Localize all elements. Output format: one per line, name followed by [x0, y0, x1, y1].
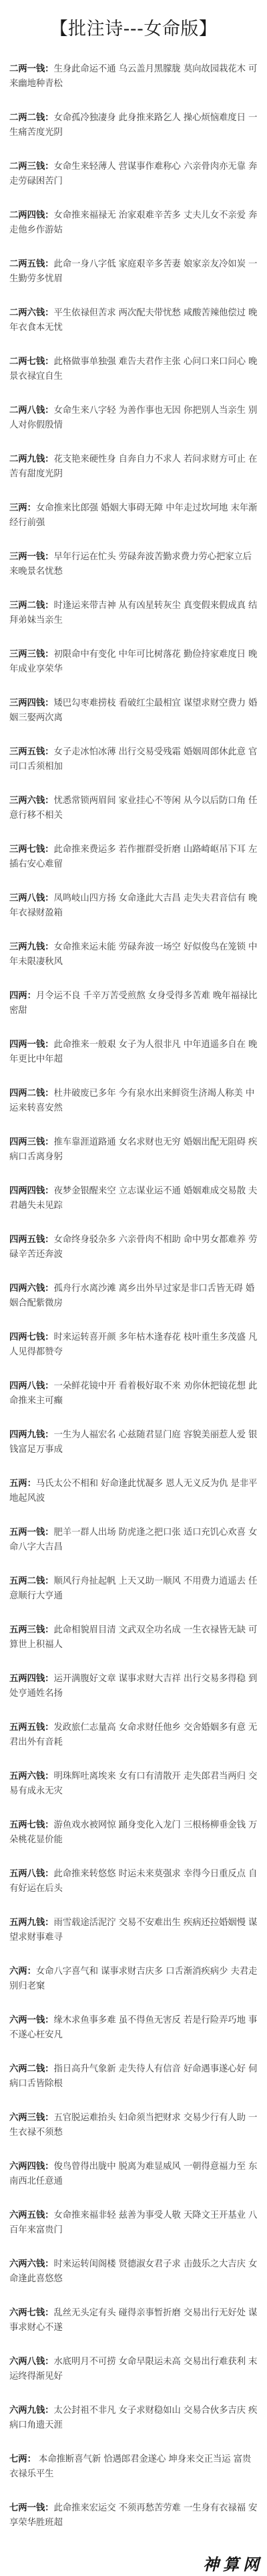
entry-weight-label: 六两：: [9, 1967, 36, 1977]
poem-entry: 三两九钱：女命推来运未能 劳碌奔波一场空 好似俊鸟在笼锁 中年未限凄秋风: [9, 940, 258, 989]
entry-weight-label: 三两一钱：: [9, 552, 53, 562]
poem-entry: 四两：月令运不良 千辛万苦受煎熬 女身受得多苦难 晚年福禄比密甜: [9, 989, 258, 1038]
entry-weight-label: 四两七钱：: [9, 1332, 53, 1342]
entry-weight-label: 三两三钱：: [9, 650, 53, 660]
poem-entry: 六两九钱：太公封祖不非凡 女子求财稳如山 交易合伙多吉庆 疾病口角遗天涯: [9, 2404, 258, 2452]
poem-entry: 五两二钱：顺风行舟扯起帆 上天又助一顺风 不用费力逍遥去 任意顺行大亨通: [9, 1574, 258, 1623]
poem-entry: 二两一钱：生身此命运不通 乌云盖月黑朦胧 莫向故园栽花木 可来幽地种青松: [9, 62, 258, 111]
entry-weight-label: 四两三钱：: [9, 1137, 53, 1147]
entry-weight-label: 五两：: [9, 1479, 36, 1489]
poem-entry: 五两九钱：雨雪载途活泥泞 交易不安难出生 疾病还拉婚姻慢 谋望求财事难寻: [9, 1916, 258, 1965]
entry-weight-label: 五两五钱：: [9, 1723, 53, 1733]
entry-weight-label: 二两一钱：: [9, 64, 53, 74]
entry-poem-text: 本命推断喜气新 恰遇郎君金遂心 坤身来交正当运 富贵衣禄乐平生: [9, 2454, 251, 2479]
entry-list: 二两一钱：生身此命运不通 乌云盖月黑朦胧 莫向故园栽花木 可来幽地种青松二两二钱…: [9, 62, 258, 2550]
poem-entry: 六两五钱：女命推来福非轻 兹善为事受人敬 天降文王开基业 八百年来富贵门: [9, 2208, 258, 2257]
entry-weight-label: 二两九钱：: [9, 454, 53, 464]
entry-poem-text: 女命推来比郎强 婚姻大事碍无障 中年走过坎坷地 末年渐经行前强: [9, 503, 257, 528]
poem-entry: 五两七钱：游鱼戏水被网惊 踊身变化入龙门 三根杨柳垂金钱 万朵桃花显价能: [9, 1818, 258, 1867]
entry-poem-text: 马氏太公不相和 好命逢此忧凝多 恩人无义反为仇 是非平地起风波: [9, 1479, 257, 1504]
entry-weight-label: 六两九钱：: [9, 2406, 53, 2416]
poem-entry: 五两一钱：肥羊一群人出场 防虎逢之把口张 适口充饥心欢喜 女命八字大吉昌: [9, 1526, 258, 1574]
entry-weight-label: 二两三钱：: [9, 162, 53, 172]
poem-entry: 六两二钱：指日高升气象新 走失待人有信音 好命遇事遂心好 伺病口舌皆除根: [9, 2062, 258, 2111]
entry-weight-label: 六两五钱：: [9, 2210, 53, 2221]
poem-entry: 六两六钱：时来运转闺阁楼 贤德淑女君子求 击鼓乐之大吉庆 女命逢此喜悠悠: [9, 2257, 258, 2306]
poem-entry: 二两二钱：女命孤冷独凄身 此身推来路乞人 操心烦恼难度日 一生痛苦度光阴: [9, 111, 258, 160]
entry-weight-label: 五两七钱：: [9, 1820, 53, 1830]
entry-weight-label: 五两八钱：: [9, 1869, 53, 1879]
poem-entry: 三两五钱：女子走冰怕冰薄 出行交易受残霜 婚姻周郎休此意 官司口舌须相加: [9, 745, 258, 794]
poem-entry: 六两：女命八字喜气和 谋事求财吉庆多 口舌渐消疾病少 夫君走别归老窠: [9, 1965, 258, 2013]
entry-weight-label: 四两一钱：: [9, 1040, 53, 1050]
entry-weight-label: 四两二钱：: [9, 1089, 53, 1099]
entry-weight-label: 三两五钱：: [9, 747, 53, 757]
poem-entry: 四两五钱：女命终身驳杂多 六亲骨肉不相助 命中男女都难养 劳碌辛苦还奔波: [9, 1233, 258, 1282]
poem-entry: 六两四钱：俊鸟曾得出胧中 脱离为难显威风 一朝得意福力至 东南西北任意通: [9, 2160, 258, 2208]
entry-weight-label: 四两四钱：: [9, 1186, 53, 1196]
entry-weight-label: 四两：: [9, 991, 36, 1001]
poem-entry: 五两五钱：发政旅仁志量高 女命求财任他乡 交舍婚姻多有意 无君出外有音耗: [9, 1721, 258, 1769]
entry-poem-text: 月令运不良 千辛万苦受煎熬 女身受得多苦难 晚年福禄比密甜: [9, 991, 257, 1016]
poem-entry: 三两四钱：矮巴勾枣难捞枝 看破红尘最相宜 谋望求财空费力 婚姻三娶两次离: [9, 696, 258, 745]
entry-weight-label: 二两六钱：: [9, 308, 53, 318]
page-title: 【批注诗---女命版】: [0, 16, 267, 43]
poem-entry: 二两四钱：女命推来福禄无 治家艰难辛苦多 丈夫儿女不亲爱 奔走他乡作游姑: [9, 208, 258, 257]
entry-weight-label: 三两八钱：: [9, 893, 53, 903]
entry-weight-label: 六两七钱：: [9, 2308, 53, 2318]
poem-entry: 四两七钱：时来运转喜开颜 多年枯木逢春花 枝叶重生多茂盛 凡人见得都赞夸: [9, 1330, 258, 1379]
entry-weight-label: 二两八钱：: [9, 406, 53, 416]
poem-entry: 六两三钱：五官脱运难抬头 妇命须当把财求 交易少行有人助 一生衣禄不须愁: [9, 2111, 258, 2160]
poem-entry: 五两八钱：此命推来转悠悠 时运未来莫强求 幸得今日重反点 自有好运在后头: [9, 1867, 258, 1916]
poem-entry: 三两七钱：此命推来费运多 若作摧群受折磨 山路崎岖吊下耳 左插右安心难留: [9, 843, 258, 891]
entry-weight-label: 五两九钱：: [9, 1918, 53, 1928]
entry-weight-label: 六两二钱：: [9, 2064, 53, 2074]
entry-poem-text: 女命八字喜气和 谋事求财吉庆多 口舌渐消疾病少 夫君走别归老窠: [9, 1967, 257, 1991]
poem-entry: 五两：马氏太公不相和 好命逢此忧凝多 恩人无义反为仇 是非平地起风波: [9, 1477, 258, 1526]
poem-entry: 三两：女命推来比郎强 婚姻大事碍无障 中年走过坎坷地 末年渐经行前强: [9, 501, 258, 550]
entry-weight-label: 三两六钱：: [9, 796, 53, 806]
entry-weight-label: 五两一钱：: [9, 1528, 53, 1538]
entry-weight-label: 三两七钱：: [9, 845, 53, 855]
poem-entry: 五两三钱：此命相貌眉目清 文武双全功名成 一生衣禄皆无缺 可算世上积福人: [9, 1623, 258, 1672]
poem-entry: 三两二钱：时逢运来带吉神 从有凶星转灰尘 真变假来假成真 结拜弟妹当亲生: [9, 599, 258, 648]
entry-weight-label: 四两五钱：: [9, 1235, 53, 1245]
poem-entry: 四两六钱：孤舟行水离沙滩 离乡出外早过家是非口舌皆无碍 婚姻合配紫微房: [9, 1282, 258, 1330]
poem-entry: 二两七钱：此格做事单独强 难告夫君作主张 心问口来口问心 晚景衣禄宜自生: [9, 355, 258, 404]
entry-weight-label: 二两二钱：: [9, 113, 53, 123]
poem-entry: 四两二钱：杜井破废已多年 今有泉水出来鲜资生济竭人称美 中运来转喜安然: [9, 1087, 258, 1135]
entry-weight-label: 三两二钱：: [9, 601, 53, 611]
entry-weight-label: 三两四钱：: [9, 698, 53, 708]
entry-weight-label: 二两五钱：: [9, 259, 53, 269]
entry-weight-label: 三两九钱：: [9, 942, 53, 952]
entry-weight-label: 五两二钱：: [9, 1576, 53, 1586]
poem-entry: 四两三钱：推车靠涯道路通 女名求财也无穷 婚姻出配无阻碍 疾病口舌离身躬: [9, 1135, 258, 1184]
poem-entry: 六两一钱：缘木求鱼事多难 虽不得鱼无害反 若是行险弄巧地 事不遂心枉安凡: [9, 2013, 258, 2062]
poem-entry: 五两四钱：运开满腹好文章 谋事求财大吉祥 出行交易多得稳 到处亨通姓名扬: [9, 1672, 258, 1721]
poem-entry: 二两九钱：花支艳来硬性身 自奔自力不求人 若问求财方可止 在苦有甜度光阴: [9, 452, 258, 501]
poem-entry: 二两五钱：此命一身八字低 家庭艰辛多苦妻 娘家亲友冷如炭 一生勤劳多忧眉: [9, 257, 258, 306]
poem-entry: 七两一钱：此命推来宏运交 不须再愁苦劳难 一生身有衣禄福 安享荣华胜班超: [9, 2501, 258, 2550]
entry-weight-label: 六两一钱：: [9, 2015, 53, 2025]
poem-entry: 七两： 本命推断喜气新 恰遇郎君金遂心 坤身来交正当运 富贵衣禄乐平生: [9, 2452, 258, 2501]
entry-weight-label: 七两：: [9, 2454, 36, 2464]
poem-entry: 五两六钱：明珠辉吐离埃来 女有口有清散开 走失郎君当两归 交易有成永无灾: [9, 1769, 258, 1818]
poem-entry: 三两三钱：初限命中有变化 中年可比树落花 勤俭持家难度日 晚年成业享荣华: [9, 648, 258, 696]
poem-entry: 三两六钱：忧悉常锁两眉间 家业挂心不等闲 从今以后防口角 任意行移不相关: [9, 794, 258, 843]
entry-weight-label: 六两四钱：: [9, 2162, 53, 2172]
poem-entry: 二两三钱：女命生来轻薄人 营谋事作难称心 六亲骨肉亦无靠 奔走劳碌困苦门: [9, 160, 258, 208]
entry-weight-label: 五两六钱：: [9, 1771, 53, 1781]
poem-entry: 六两七钱：乱丝无头定有头 碰得亲事暂折磨 交易出行无好处 谋事求财心不遂: [9, 2306, 258, 2355]
entry-weight-label: 六两八钱：: [9, 2357, 53, 2367]
poem-entry: 四两九钱：一生为人福宏名 心兹随君显门庭 容貌美丽惹人爱 银钱富足万事成: [9, 1428, 258, 1477]
poem-entry: 二两八钱：女命生来八字轻 为善作事也无因 你把别人当亲生 别人对你假殷情: [9, 404, 258, 452]
poem-entry: 四两一钱：此命推来一般艰 女子为人很非凡 中年逍遥多自在 晚年更比中年超: [9, 1038, 258, 1087]
poem-entry: 三两八钱：凤鸣岐山四方扬 女命逢此大吉昌 走失夫君音信有 晚年衣禄财盈箱: [9, 891, 258, 940]
site-watermark: 神算网: [203, 2551, 263, 2575]
entry-weight-label: 四两八钱：: [9, 1381, 53, 1391]
poem-entry: 三两一钱：早年行运在忙头 劳碌奔波苦勤求费力劳心把家立后来晚景名忧愁: [9, 550, 258, 599]
entry-weight-label: 六两三钱：: [9, 2113, 53, 2123]
entry-weight-label: 六两六钱：: [9, 2259, 53, 2269]
poem-entry: 四两四钱：夜梦金银醒来空 立志谋业运不通 婚姻难成交易散 夫君趟失未见踪: [9, 1184, 258, 1233]
entry-weight-label: 四两六钱：: [9, 1284, 53, 1294]
entry-weight-label: 二两七钱：: [9, 357, 53, 367]
entry-weight-label: 五两三钱：: [9, 1625, 53, 1635]
entry-weight-label: 三两：: [9, 503, 36, 513]
poem-entry: 六两八钱：水底明月不可捞 女命早限运未高 交易出行难获利 末运终得渐见好: [9, 2355, 258, 2404]
entry-weight-label: 二两四钱：: [9, 210, 53, 221]
poem-entry: 四两八钱：一朵鲜花镜中开 看着极好取不来 劝你休把镜花想 此命推来主可癫: [9, 1379, 258, 1428]
entry-weight-label: 七两一钱：: [9, 2503, 53, 2513]
poem-entry: 二两六钱：平生依禄但苦求 两次配夫带忧愁 咸酸苦辣他偿过 晚年衣食本无忧: [9, 306, 258, 355]
entry-weight-label: 五两四钱：: [9, 1674, 53, 1684]
entry-weight-label: 四两九钱：: [9, 1430, 53, 1440]
